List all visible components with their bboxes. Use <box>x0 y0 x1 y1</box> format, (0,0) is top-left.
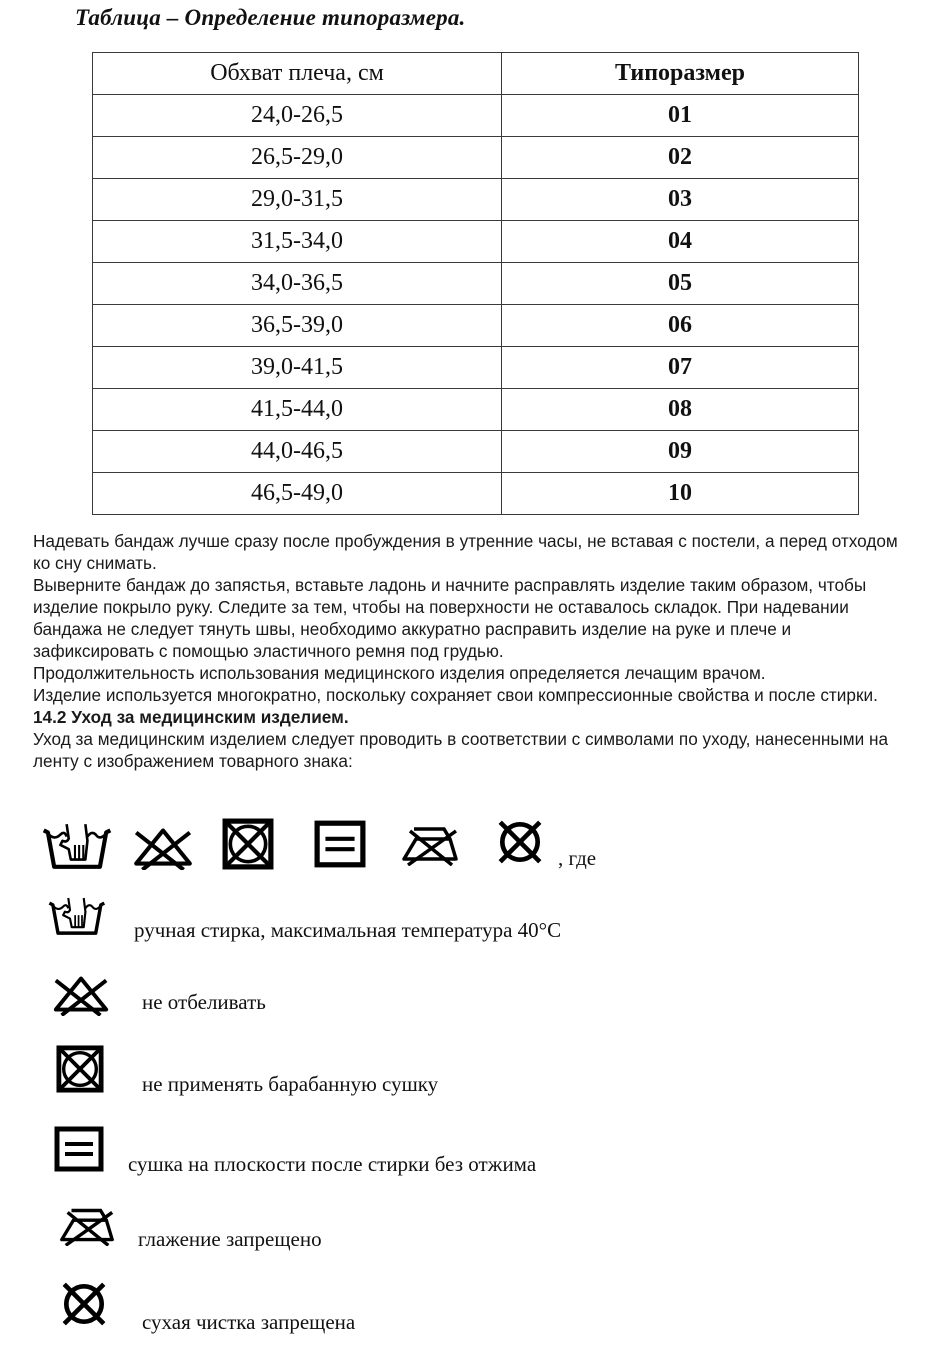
legend-no-tumble-dry-icon <box>56 1044 104 1094</box>
cell-shoulder-girth: 34,0-36,5 <box>93 263 502 305</box>
no-iron-icon <box>398 824 462 866</box>
table-title: Таблица – Определение типоразмера. <box>75 5 466 31</box>
table-header-row: Обхват плеча, см Типоразмер <box>93 53 859 95</box>
size-table: Обхват плеча, см Типоразмер 24,0-26,5012… <box>92 52 859 515</box>
table-row: 29,0-31,503 <box>93 179 859 221</box>
legend-label-hand-wash: ручная стирка, максимальная температура … <box>134 918 561 943</box>
cell-shoulder-girth: 31,5-34,0 <box>93 221 502 263</box>
cell-shoulder-girth: 39,0-41,5 <box>93 347 502 389</box>
table-row: 41,5-44,008 <box>93 389 859 431</box>
paragraph-care-symbols: Уход за медицинским изделием следует про… <box>33 728 913 772</box>
flat-dry-icon <box>314 820 366 868</box>
table-row: 44,0-46,509 <box>93 431 859 473</box>
table-row: 34,0-36,505 <box>93 263 859 305</box>
table-row: 24,0-26,501 <box>93 95 859 137</box>
column-header-shoulder-girth: Обхват плеча, см <box>93 53 502 95</box>
legend-label-flat-dry: сушка на плоскости после стирки без отжи… <box>128 1152 536 1177</box>
cell-size: 08 <box>502 389 859 431</box>
legend-hand-wash-icon <box>46 894 106 938</box>
paragraph-reuse: Изделие используется многократно, поскол… <box>33 684 913 706</box>
cell-size: 05 <box>502 263 859 305</box>
cell-shoulder-girth: 46,5-49,0 <box>93 473 502 515</box>
cell-size: 03 <box>502 179 859 221</box>
table-row: 46,5-49,010 <box>93 473 859 515</box>
symbols-suffix: , где <box>558 846 596 871</box>
no-bleach-icon <box>130 824 196 870</box>
table-row: 31,5-34,004 <box>93 221 859 263</box>
column-header-size: Типоразмер <box>502 53 859 95</box>
cell-size: 04 <box>502 221 859 263</box>
cell-size: 06 <box>502 305 859 347</box>
legend-flat-dry-icon <box>54 1126 104 1172</box>
cell-size: 02 <box>502 137 859 179</box>
instructions-text: Надевать бандаж лучше сразу после пробуж… <box>33 530 913 772</box>
cell-shoulder-girth: 36,5-39,0 <box>93 305 502 347</box>
paragraph-duration: Продолжительность использования медицинс… <box>33 662 913 684</box>
table-row: 36,5-39,006 <box>93 305 859 347</box>
cell-shoulder-girth: 24,0-26,5 <box>93 95 502 137</box>
legend-no-dry-clean-icon <box>58 1278 110 1330</box>
cell-shoulder-girth: 44,0-46,5 <box>93 431 502 473</box>
cell-shoulder-girth: 29,0-31,5 <box>93 179 502 221</box>
cell-size: 07 <box>502 347 859 389</box>
cell-size: 09 <box>502 431 859 473</box>
cell-size: 10 <box>502 473 859 515</box>
legend-label-no-tumble-dry: не применять барабанную сушку <box>142 1072 438 1097</box>
no-tumble-dry-icon <box>222 818 274 870</box>
table-row: 39,0-41,507 <box>93 347 859 389</box>
legend-no-bleach-icon <box>50 972 112 1016</box>
legend-no-iron-icon <box>56 1206 118 1246</box>
paragraph-putting-on: Выверните бандаж до запястья, вставьте л… <box>33 574 913 662</box>
table-row: 26,5-29,002 <box>93 137 859 179</box>
no-dry-clean-icon <box>494 816 546 868</box>
legend-label-no-iron: глажение запрещено <box>138 1227 322 1252</box>
cell-shoulder-girth: 41,5-44,0 <box>93 389 502 431</box>
hand-wash-icon <box>38 820 114 872</box>
legend-label-no-dry-clean: сухая чистка запрещена <box>142 1310 355 1335</box>
cell-size: 01 <box>502 95 859 137</box>
legend-label-no-bleach: не отбеливать <box>142 990 266 1015</box>
section-heading-care: 14.2 Уход за медицинским изделием. <box>33 706 913 728</box>
paragraph-wearing-time: Надевать бандаж лучше сразу после пробуж… <box>33 530 913 574</box>
cell-shoulder-girth: 26,5-29,0 <box>93 137 502 179</box>
